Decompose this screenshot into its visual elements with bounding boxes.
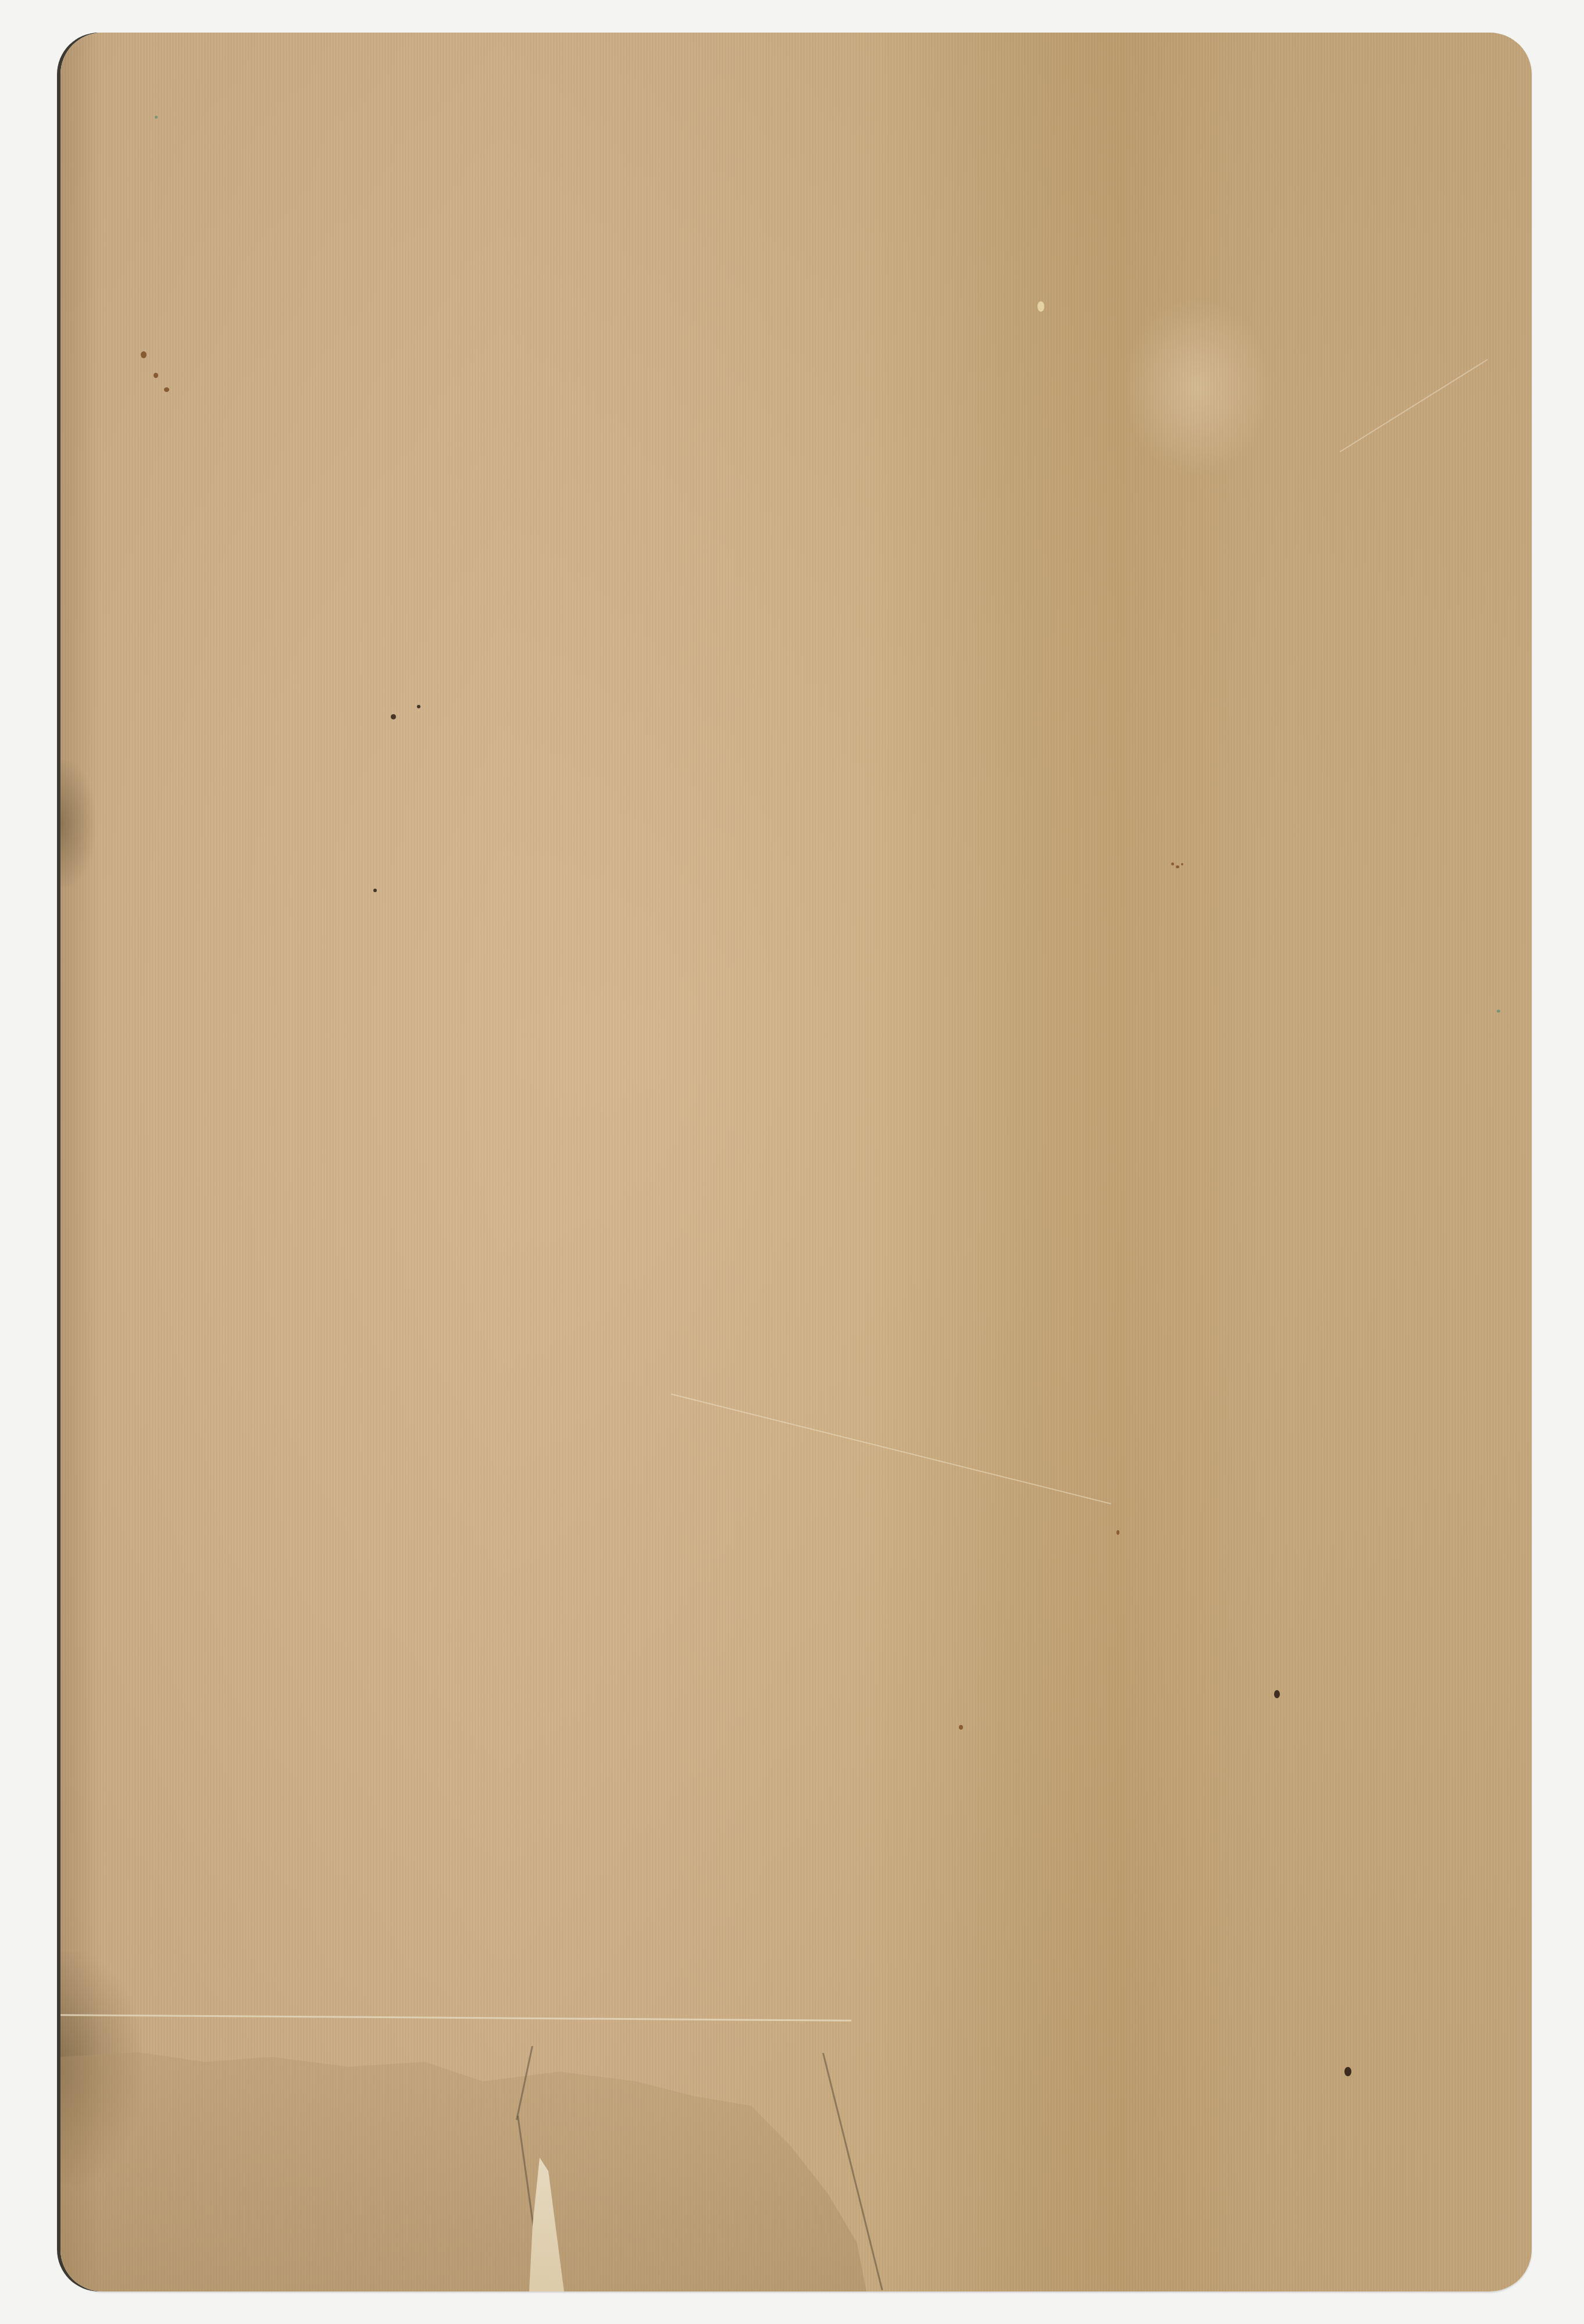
foxing-spot	[1171, 862, 1174, 865]
foxing-spot	[1181, 863, 1183, 865]
foxing-spot	[141, 351, 147, 358]
light-spot	[1037, 301, 1044, 312]
foxing-spot	[164, 387, 169, 392]
foxing-spot	[1176, 865, 1179, 868]
foxing-spot	[391, 714, 396, 719]
foxing-spot	[417, 705, 420, 708]
foxing-spot	[1274, 1690, 1280, 1698]
foxing-spot	[1344, 2067, 1351, 2076]
foxing-spot	[1497, 1010, 1500, 1013]
foxing-spot	[373, 889, 377, 892]
edge-stain-mark	[60, 760, 95, 887]
foxing-spot	[1116, 1530, 1119, 1535]
paper-texture	[60, 33, 1532, 2291]
cabinet-card-back	[60, 33, 1532, 2291]
foxing-spot	[155, 116, 158, 119]
foxing-spot	[959, 1725, 963, 1730]
foxing-spot	[154, 373, 158, 378]
